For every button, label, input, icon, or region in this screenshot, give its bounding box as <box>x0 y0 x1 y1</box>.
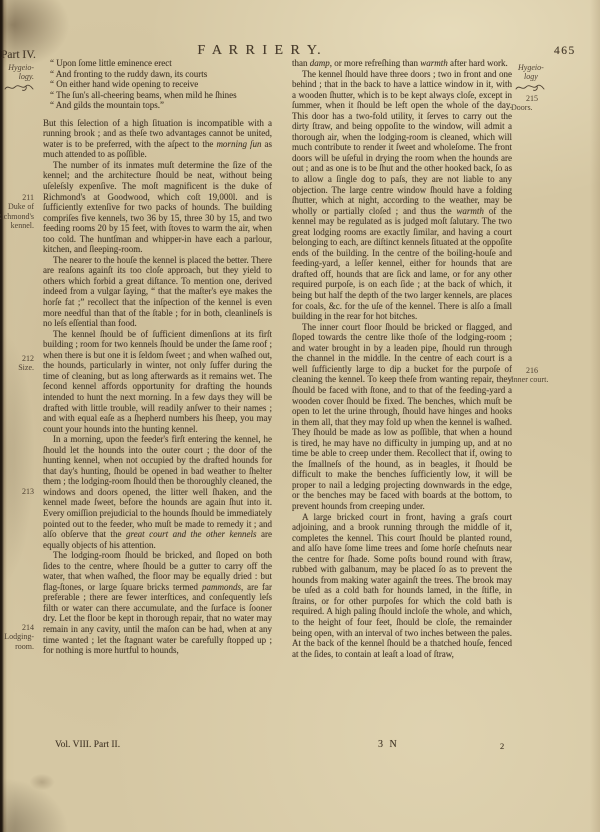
margin-note-number: 216 <box>526 366 597 375</box>
paragraph: The nearer to the houſe the kennel is pl… <box>43 255 272 329</box>
margin-note-label: Lodging- <box>4 632 34 641</box>
margin-note-number: 212 <box>18 354 34 363</box>
margin-note-number: 214 <box>4 623 34 632</box>
margin-note-label: Doors. <box>511 103 597 112</box>
margin-note-label: Inner court. <box>511 375 597 384</box>
paragraph: In a morning, upon the feeder's firſt en… <box>43 434 272 550</box>
left-margin-notes: Hygeio-logy.211Duke ofRichmond'skennel.2… <box>0 0 37 832</box>
right-column: than damp, or more refreſhing than warmt… <box>292 58 512 742</box>
text-segment: The kennel ſhould be of ſufficient dimen… <box>43 329 272 434</box>
signature-mark: 2 <box>500 741 504 751</box>
italic-text-segment: warmth <box>456 206 484 216</box>
italic-text-segment: pammonds <box>202 582 241 592</box>
margin-note: 211Duke ofRichmond'skennel. <box>0 193 34 231</box>
text-segment: , are far preferable ; there are fewer i… <box>43 582 272 655</box>
text-segment: The nearer to the houſe the kennel is pl… <box>43 255 272 328</box>
margin-note-label: Duke of <box>0 202 34 211</box>
margin-note-number: 215 <box>526 94 597 103</box>
paragraph: The number of its inmates muſt determine… <box>43 160 272 255</box>
text-segment: The number of its inmates muſt determine… <box>43 160 272 254</box>
text-segment: than <box>292 58 310 68</box>
margin-note: 214Lodging-room. <box>4 623 34 651</box>
paragraph: The kennel ſhould have three doors ; two… <box>292 69 512 322</box>
text-segment: A large bricked court in front, having a… <box>292 512 512 659</box>
margin-note: Hygeio-logy. <box>4 63 34 92</box>
margin-note-label: Hygeio- <box>518 63 597 72</box>
text-segment: The inner court floor ſhould be bricked … <box>292 322 512 511</box>
text-segment: The kennel ſhould have three doors ; two… <box>292 69 512 216</box>
italic-text-segment: warmth <box>420 58 448 68</box>
paragraph: The inner court floor ſhould be bricked … <box>292 322 512 512</box>
margin-note-number: 211 <box>0 193 34 202</box>
flourish-icon <box>4 83 34 92</box>
text-segment: In a morning, upon the feeder's firſt en… <box>43 434 272 539</box>
italic-text-segment: morning ſun <box>216 139 261 149</box>
poem-line: “ On either hand wide opening to receive <box>50 79 272 90</box>
margin-note-label: Richmond's <box>0 212 34 221</box>
margin-note: 215Doors. <box>511 94 597 113</box>
poem-line: “ And gilds the mountain tops.” <box>50 100 272 111</box>
paragraph: than damp, or more refreſhing than warmt… <box>292 58 512 69</box>
margin-note-number: 213 <box>22 487 34 496</box>
text-segment: , or more refreſhing than <box>330 58 420 68</box>
volume-signature: Vol. VIII. Part II. <box>55 740 120 750</box>
paragraph: The lodging-room ſhould be bricked, and … <box>43 550 272 655</box>
margin-note-label: Size. <box>18 363 34 372</box>
text-segment: after hard work. <box>448 58 508 68</box>
margin-note-label: logy <box>524 72 597 81</box>
margin-note-label: kennel. <box>0 221 34 230</box>
page-title: F A R R I E R Y. <box>0 43 520 59</box>
margin-note-label: Hygeio- <box>4 63 34 72</box>
paragraph: But this ſelection of a high ſituation i… <box>43 118 272 160</box>
poem-line: “ And fronting to the ruddy dawn, its co… <box>50 69 272 80</box>
margin-note: 213 <box>22 487 34 496</box>
paragraph: A large bricked court in front, having a… <box>292 512 512 660</box>
margin-note: 216Inner court. <box>511 366 597 385</box>
gathering-signature: 3 N <box>378 739 399 750</box>
poem-line: “ The ſun's all-cheering beams, when mil… <box>50 90 272 101</box>
margin-note-label: room. <box>4 642 34 651</box>
poem-quote: “ Upon ſome little eminence erect“ And f… <box>50 58 272 111</box>
text-segment: of the kennel may be regulated as is jud… <box>292 206 512 321</box>
left-column: “ Upon ſome little eminence erect“ And f… <box>43 58 272 742</box>
italic-text-segment: great court and the other kennels <box>126 529 257 539</box>
right-margin-notes: Hygeio-logy215Doors.216Inner court. <box>511 0 600 832</box>
book-page: Part IV. F A R R I E R Y. 465 Hygeio-log… <box>0 0 600 832</box>
margin-note: Hygeio-logy <box>511 63 597 92</box>
flourish-icon <box>515 83 545 92</box>
poem-line: “ Upon ſome little eminence erect <box>50 58 272 69</box>
paragraph: The kennel ſhould be of ſufficient dimen… <box>43 329 272 434</box>
margin-note: 212Size. <box>18 354 34 373</box>
margin-note-label: logy. <box>4 72 34 81</box>
italic-text-segment: damp <box>310 58 330 68</box>
